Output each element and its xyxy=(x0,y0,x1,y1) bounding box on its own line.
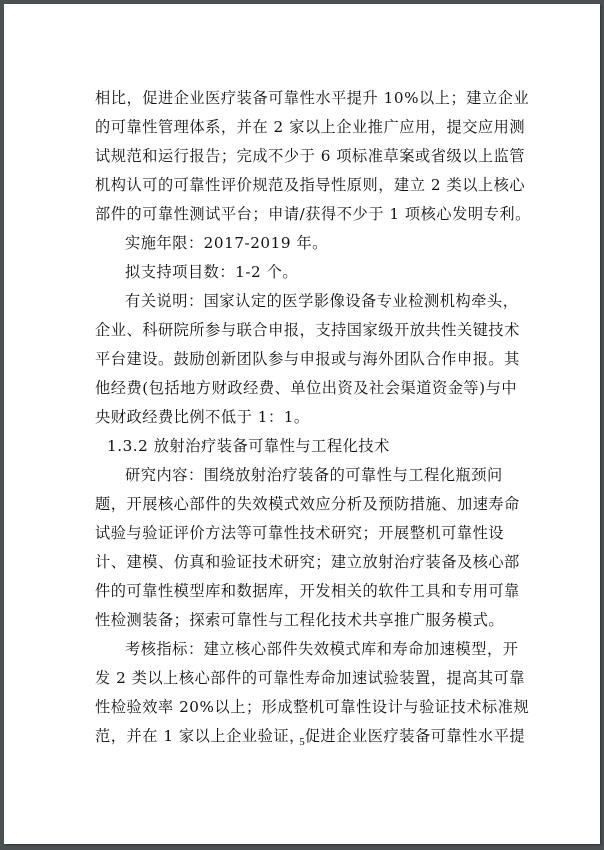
text-line: 实施年限：2017-2019 年。 xyxy=(95,229,515,258)
text-line: 央财政经费比例不低于 1：1。 xyxy=(95,403,515,432)
text-line: 题，开展核心部件的失效模式效应分析及预防措施、加速寿命 xyxy=(95,490,515,519)
text-line: 件的可靠性模型库和数据库，开发相关的软件工具和专用可靠 xyxy=(95,577,515,606)
text-line: 相比，促进企业医疗装备可靠性水平提升 10%以上；建立企业 xyxy=(95,84,515,113)
text-line: 试规范和运行报告；完成不少于 6 项标准草案或省级以上监管 xyxy=(95,142,515,171)
paragraph-outcomes-continued: 相比，促进企业医疗装备可靠性水平提升 10%以上；建立企业 的可靠性管理体系，并… xyxy=(95,84,515,229)
text-line: 有关说明：国家认定的医学影像设备专业检测机构牵头， xyxy=(95,287,515,316)
text-line: 平台建设。鼓励创新团队参与申报或与海外团队合作申报。其 xyxy=(95,345,515,374)
text-line: 机构认可的可靠性评价规范及指导性原则，建立 2 类以上核心 xyxy=(95,171,515,200)
paragraph-notes: 有关说明：国家认定的医学影像设备专业检测机构牵头， 企业、科研院所参与联合申报，… xyxy=(95,287,515,432)
text-line: 拟支持项目数：1-2 个。 xyxy=(95,258,515,287)
paragraph-implementation-period: 实施年限：2017-2019 年。 xyxy=(95,229,515,258)
paragraph-research-content: 研究内容：围绕放射治疗装备的可靠性与工程化瓶颈问 题，开展核心部件的失效模式效应… xyxy=(95,461,515,635)
text-line: 计、建模、仿真和验证技术研究；建立放射治疗装备及核心部 xyxy=(95,548,515,577)
text-line: 部件的可靠性测试平台；申请/获得不少于 1 项核心发明专利。 xyxy=(95,200,515,229)
paragraph-assessment-indicators: 考核指标：建立核心部件失效模式库和寿命加速模型，开 发 2 类以上核心部件的可靠… xyxy=(95,635,515,751)
heading-text: 1.3.2 放射治疗装备可靠性与工程化技术 xyxy=(95,432,515,461)
text-line: 试验与验证评价方法等可靠性技术研究；开展整机可靠性设 xyxy=(95,519,515,548)
text-line: 发 2 类以上核心部件的可靠性寿命加速试验装置，提高其可靠 xyxy=(95,664,515,693)
text-line: 性检验效率 20%以上；形成整机可靠性设计与验证技术标准规 xyxy=(95,693,515,722)
page-number: 5 xyxy=(4,736,600,748)
text-line: 考核指标：建立核心部件失效模式库和寿命加速模型，开 xyxy=(95,635,515,664)
section-heading: 1.3.2 放射治疗装备可靠性与工程化技术 xyxy=(95,432,515,461)
page-content: 相比，促进企业医疗装备可靠性水平提升 10%以上；建立企业 的可靠性管理体系，并… xyxy=(95,84,515,751)
text-line: 性检测装备；探索可靠性与工程化技术共享推广服务模式。 xyxy=(95,606,515,635)
text-line: 企业、科研院所参与联合申报，支持国家级开放共性关键技术 xyxy=(95,316,515,345)
text-line: 研究内容：围绕放射治疗装备的可靠性与工程化瓶颈问 xyxy=(95,461,515,490)
document-page: 相比，促进企业医疗装备可靠性水平提升 10%以上；建立企业 的可靠性管理体系，并… xyxy=(4,4,600,844)
text-line: 的可靠性管理体系，并在 2 家以上企业推广应用，提交应用测 xyxy=(95,113,515,142)
paragraph-project-count: 拟支持项目数：1-2 个。 xyxy=(95,258,515,287)
text-line: 他经费(包括地方财政经费、单位出资及社会渠道资金等)与中 xyxy=(95,374,515,403)
